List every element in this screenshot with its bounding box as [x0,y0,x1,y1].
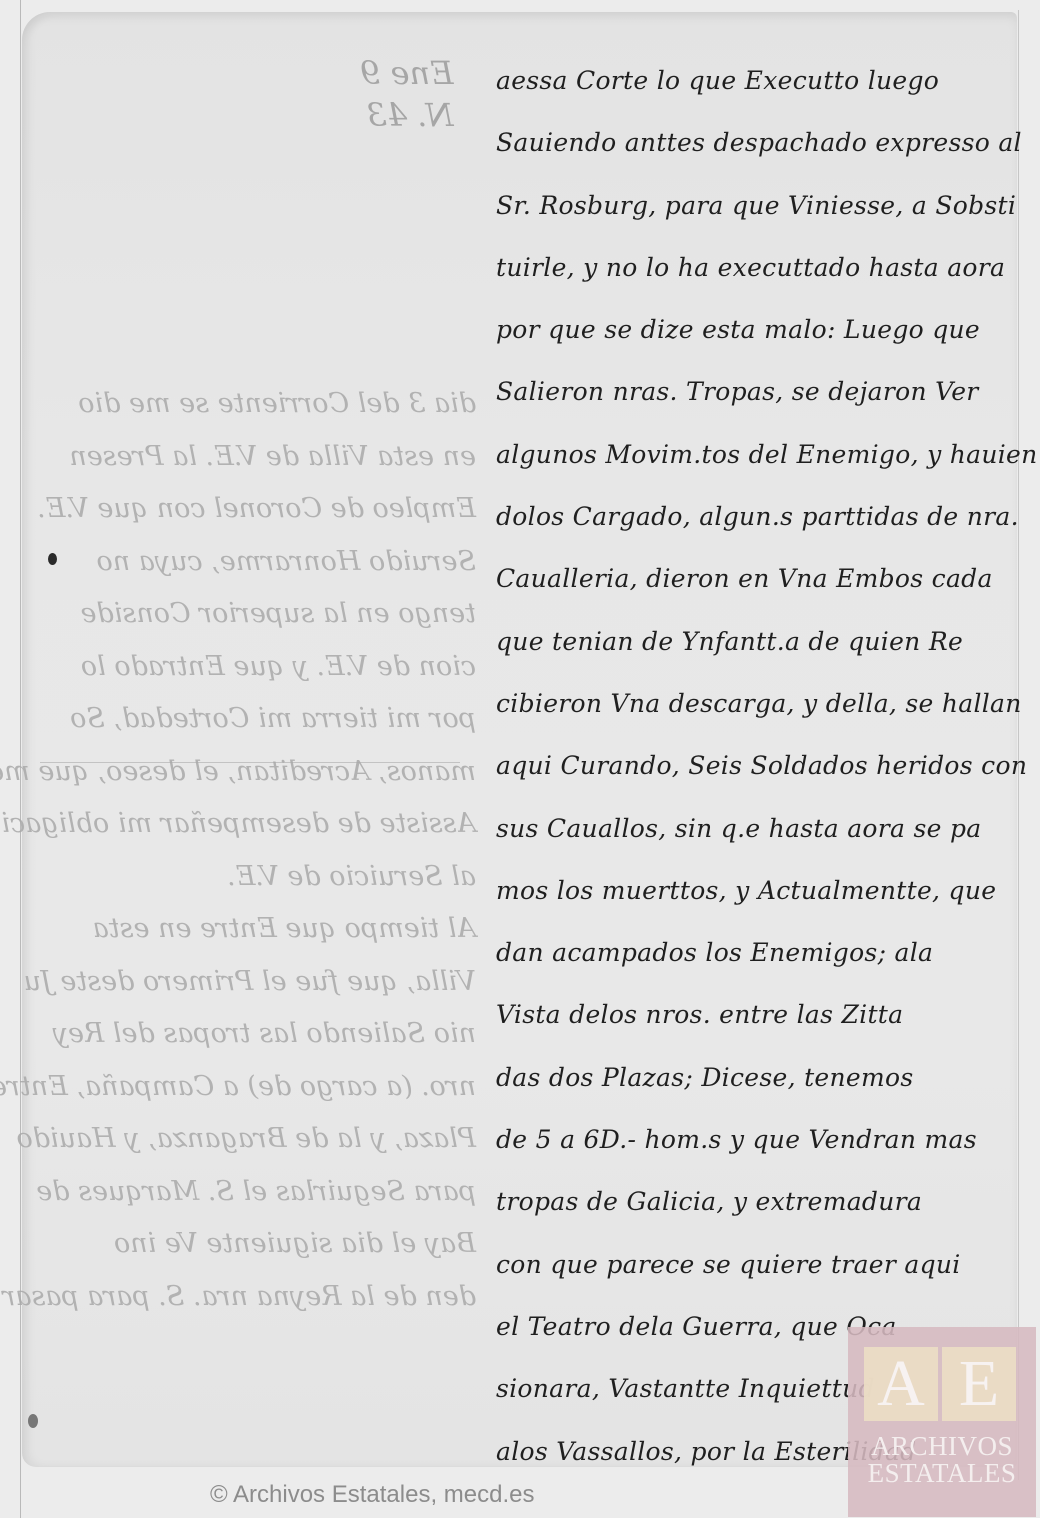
manuscript-line: que tenian de Ynfantt.a de quien Re [496,611,1006,673]
manuscript-line: Salieron nras. Tropas, se dejaron Ver [496,361,1006,423]
bleed-line: por mi tierra mi Cortedad, So [36,693,476,746]
document-viewer: Ene 9 N. 43 dia 3 del Corriente se me di… [0,0,1040,1518]
manuscript-line: Vista delos nros. entre las Zitta [496,984,1006,1046]
bleed-line: Assiste de desempeñar mi obligaci [36,798,476,851]
bleed-line: Empleo de Coronel con que V.E. [36,483,476,536]
manuscript-line: dan acampados los Enemigos; ala [496,922,1006,984]
manuscript-line: aessa Corte lo que Executto luego [496,50,1006,112]
copyright-watermark: © Archivos Estatales, mecd.es [210,1480,534,1510]
bleed-through-text: dia 3 del Corriente se me dio en esta Vi… [36,378,476,1323]
bleed-line: Seruido Honrarme, cuya no [36,536,476,589]
corner-archive-note: Ene 9 N. 43 [360,52,453,136]
logo-wordmark: ARCHIVOS ESTATALES [848,1433,1036,1487]
bleed-line: manos, Acreditan, el deseo, que me [36,746,476,799]
bleed-line: al Seruicio de V.E. [36,851,476,904]
ink-blot [28,1414,38,1428]
manuscript-text: aessa Corte lo que Executto luego Sauien… [496,50,1006,1483]
corner-note-line: N. 43 [360,94,453,136]
bleed-line: Plaza, y la de Braganza, y Hauido [36,1113,476,1166]
logo-monogram: A E [864,1347,1016,1421]
bleed-line: dia 3 del Corriente se me dio [36,378,476,431]
manuscript-line: tuirle, y no lo ha executtado hasta aora [496,237,1006,299]
bleed-line: nro. (a cargo de) a Campaña, Entre esta [36,1061,476,1114]
manuscript-line: dolos Cargado, algun.s parttidas de nra. [496,486,1006,548]
bleed-line: en esta Villa de V.E. la Presen [36,431,476,484]
manuscript-line: de 5 a 6D.- hom.s y que Vendran mas [496,1109,1006,1171]
manuscript-line: sus Cauallos, sin q.e hasta aora se pa [496,798,1006,860]
sheet-right-edge [1018,10,1019,1480]
manuscript-line: mos los muerttos, y Actualmentte, que [496,860,1006,922]
manuscript-line: cibieron Vna descarga, y della, se halla… [496,673,1006,735]
manuscript-line: das dos Plazas; Dicese, tenemos [496,1047,1006,1109]
bleed-line: Bay el dia siguiente Ve ino [36,1218,476,1271]
manuscript-line: Sauiendo anttes despachado expresso al [496,112,1006,174]
logo-letter-a: A [864,1347,938,1421]
bleed-line: Villa, que fue el Primero deste Ju [36,956,476,1009]
bleed-line: para Seguirlas el S. Marques de [36,1166,476,1219]
manuscript-line: algunos Movim.tos del Enemigo, y hauien [496,424,1006,486]
bleed-line: Al tiempo que Entre en esta [36,903,476,956]
corner-note-line: Ene 9 [360,52,453,94]
manuscript-line: Sr. Rosburg, para que Viniesse, a Sobsti [496,175,1006,237]
manuscript-line: con que parece se quiere traer aqui [496,1234,1006,1296]
manuscript-line: aqui Curando, Seis Soldados heridos con [496,735,1006,797]
logo-wordmark-line2: ESTATALES [848,1460,1036,1487]
archivos-estatales-watermark-logo: A E ARCHIVOS ESTATALES [848,1327,1036,1517]
bleed-line: cion de V.E. y que Entrado lo [36,641,476,694]
bleed-line: nio Saliendo las tropas del Rey [36,1008,476,1061]
logo-wordmark-line1: ARCHIVOS [848,1433,1036,1460]
manuscript-line: tropas de Galicia, y extremadura [496,1171,1006,1233]
bleed-line: tengo en la superior Conside [36,588,476,641]
bleed-line: den de la Reyna nra. S. para pasar [36,1271,476,1324]
manuscript-line: por que se dize esta malo: Luego que [496,299,1006,361]
manuscript-line: Caualleria, dieron en Vna Embos cada [496,548,1006,610]
logo-letter-e: E [942,1347,1016,1421]
